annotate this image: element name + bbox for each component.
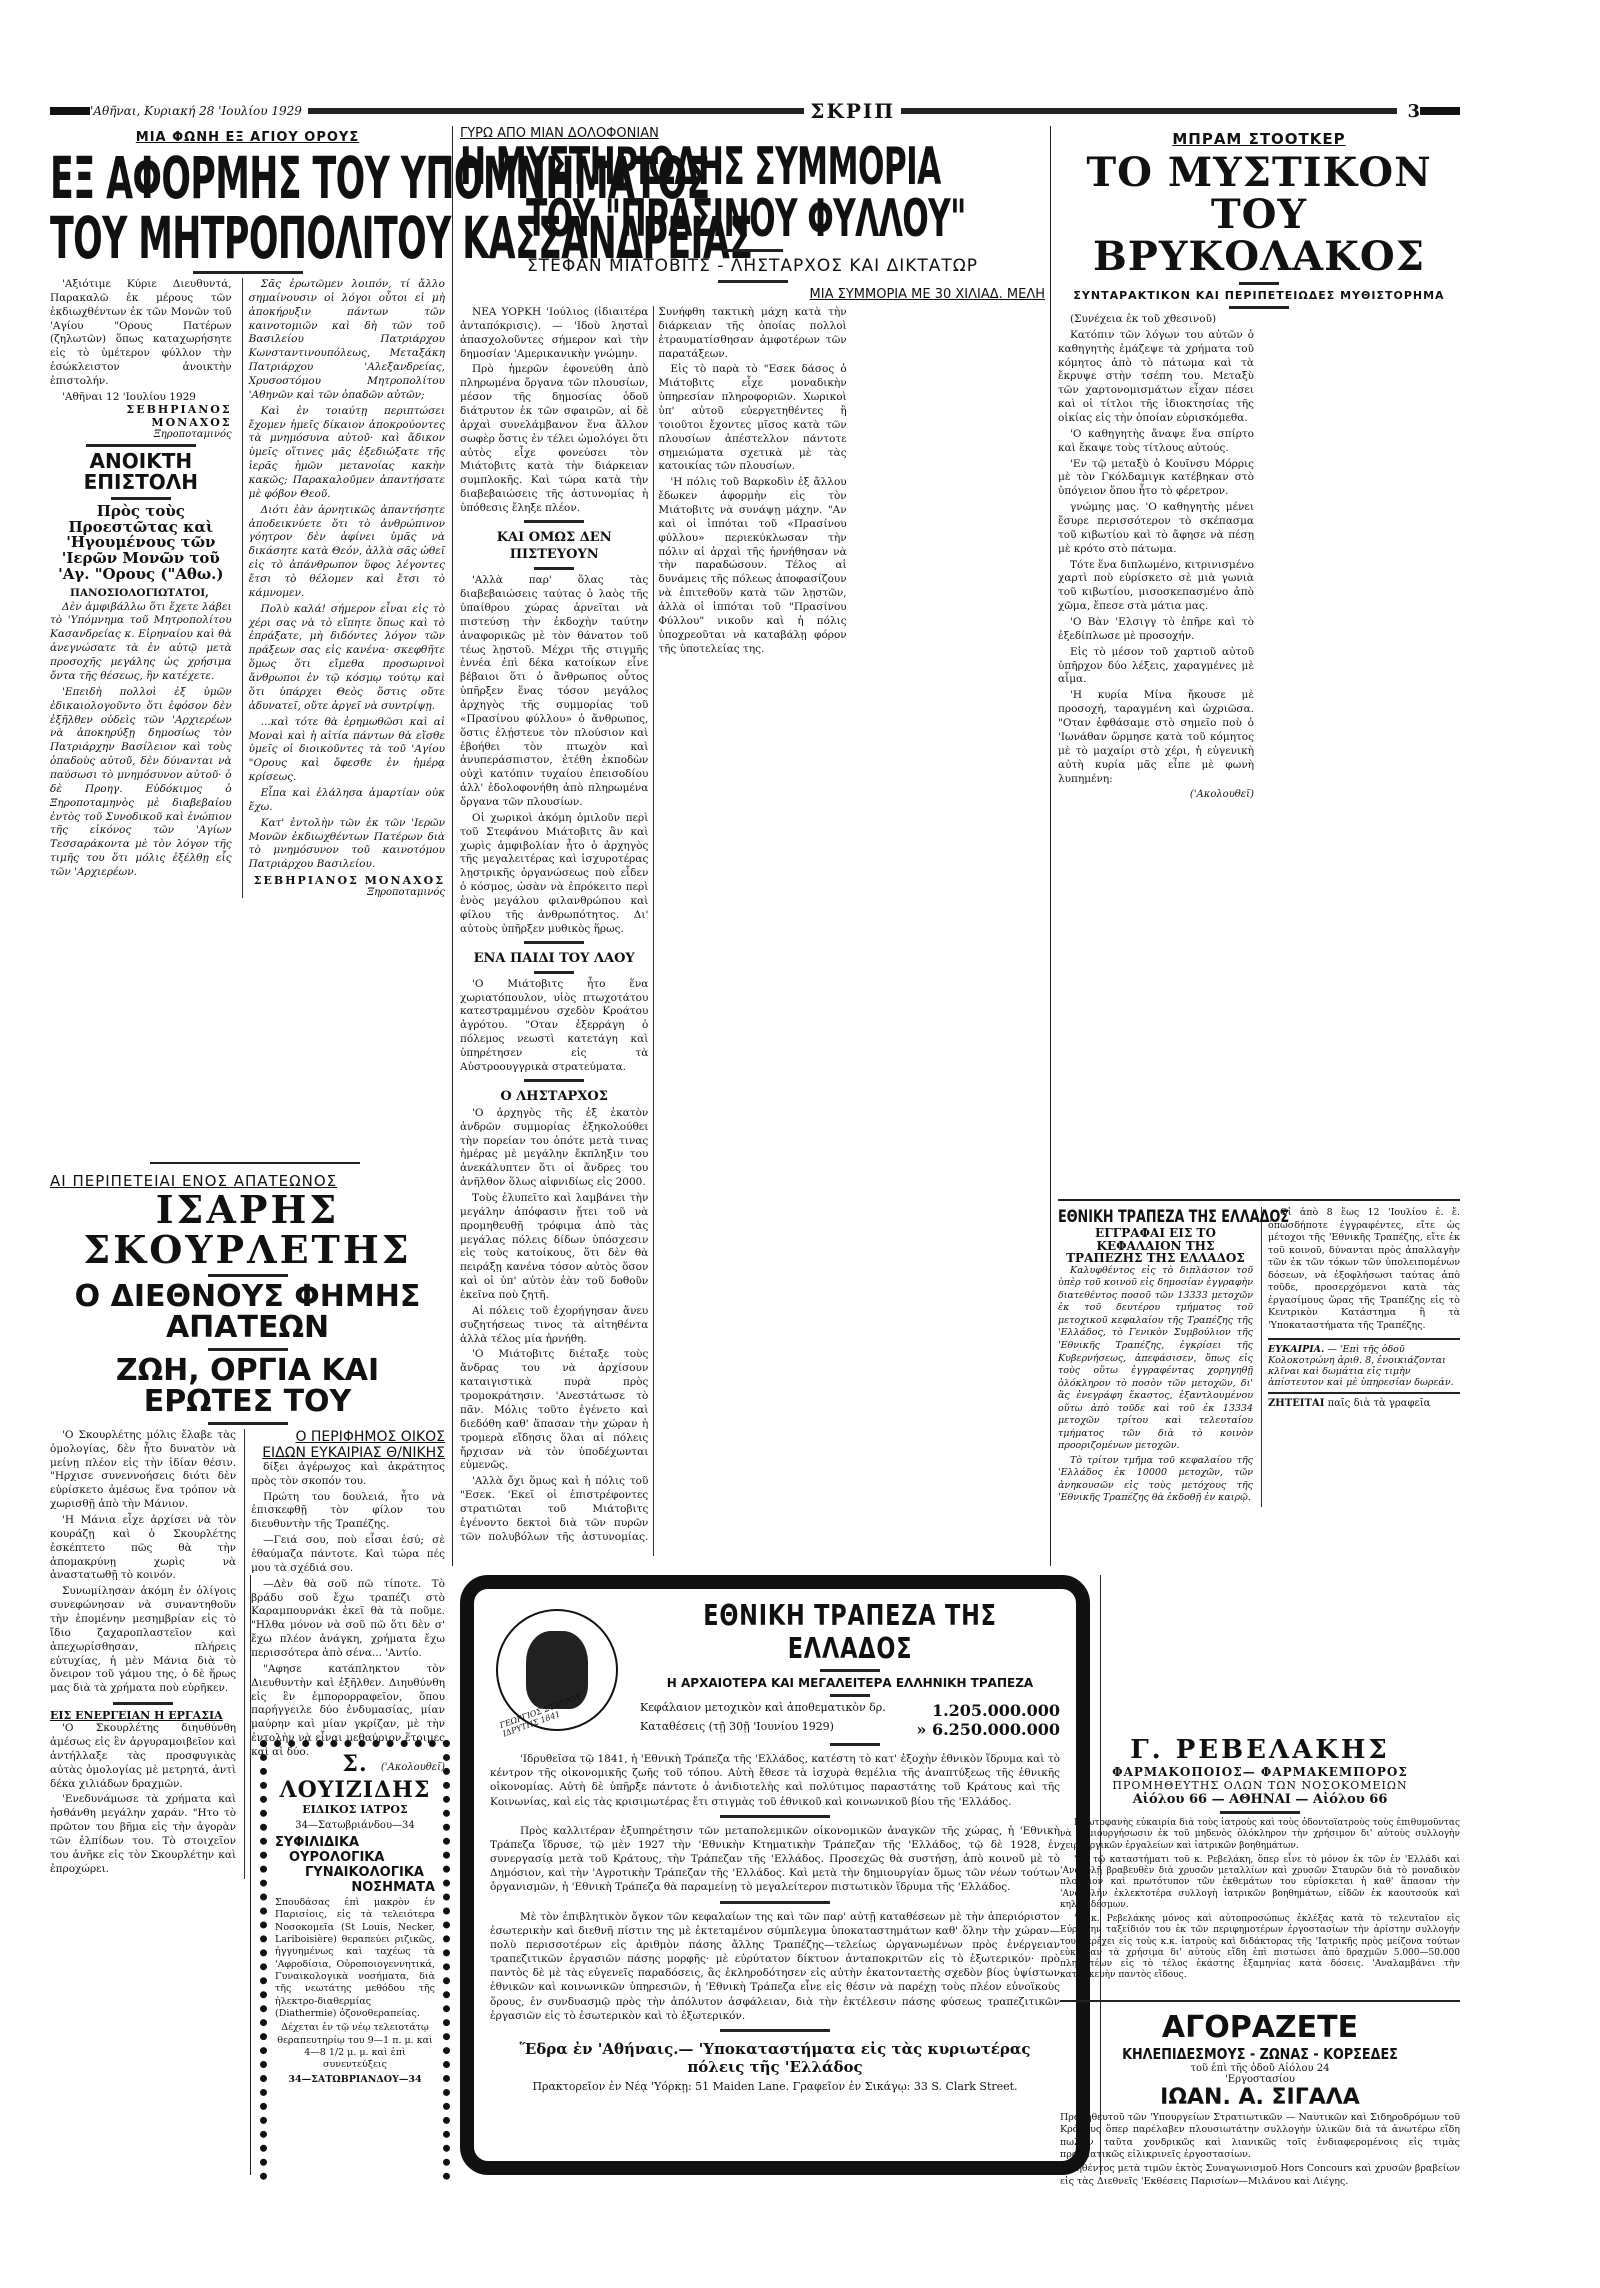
masthead-rule xyxy=(308,108,804,114)
ad-products: ΚΗΛΕΠΙΔΕΣΜΟΥΣ - ΖΩΝΑΣ - ΚΟΡΣΕΔΕΣ xyxy=(1090,2045,1430,2063)
rule xyxy=(720,1901,830,1904)
national-bank-ad: ΓΕΩΡΓΙΟΣ ΣΤΑΥΡΟΥ ΙΔΡΥΤΗΣ 1841 ΕΘΝΙΚΗ ΤΡΑ… xyxy=(460,1575,1090,2175)
salutation: ΠΑΝΟΣΙΟΛΟΓΙΩΤΑΤΟΙ, xyxy=(70,587,232,599)
rule xyxy=(1220,1811,1300,1814)
column-divider xyxy=(1050,126,1051,1566)
rule xyxy=(113,1702,173,1705)
headline: ΖΩΗ, ΟΡΓΙΑ ΚΑΙ ΕΡΩΤΕΣ ΤΟΥ xyxy=(50,1355,445,1418)
masthead-rule-right xyxy=(1420,107,1460,115)
subhead: ΚΑΙ ΟΜΩΣ ΔΕΝ ΠΙΣΤΕΥΟΥΝ xyxy=(460,529,648,563)
issue-date: 'Αθῆναι, Κυριακή 28 'Ιουλίου 1929 xyxy=(90,104,302,118)
doctor-role: ΕΙΔΙΚΟΣ ΙΑΤΡΟΣ xyxy=(275,1803,435,1816)
rule xyxy=(86,444,196,447)
open-letter-body-b: Σᾶς ἐρωτῶμεν λοιπόν, τί ἄλλο σημαίνουσιν… xyxy=(249,278,445,874)
kicker: ΜΠΡΑΜ ΣΤΟΟΤΚΕΡ xyxy=(1058,130,1460,148)
notice-title: ΕΘΝΙΚΗ ΤΡΑΠΕΖΑ ΤΗΣ ΕΛΛΑΔΟΣ xyxy=(1058,1207,1204,1227)
headline: ΤΟΥ "ΠΡΑΣΙΝΟΥ ΦΥΛΛΟΥ" xyxy=(460,193,1114,245)
section-metropolitan-memo: ΜΙΑ ΦΩΝΗ ΕΞ ΑΓΙΟΥ ΟΡΟΥΣ ΕΞ ΑΦΟΡΜΗΣ ΤΟΥ Υ… xyxy=(50,126,445,898)
signature: ΣΕΒΗΡΙΑΝΟΣ ΜΟΝΑΧΟΣ xyxy=(249,874,445,887)
bank-offices: Πρακτορεῖον ἐν Νέᾳ 'Υόρκῃ: 51 Maiden Lan… xyxy=(490,2080,1060,2093)
rule xyxy=(524,520,584,523)
signature-place: Ξηροποταμινός xyxy=(249,887,445,898)
classified-ad: ΕΥΚΑΙΡΙΑ. — 'Επὶ τῆς ὁδοῦ Κολοκοτρώνη ἀρ… xyxy=(1268,1344,1460,1388)
story-body: 'Ο Σκουρλέτης μόλις ἔλαβε τὰς ὁμολογίας,… xyxy=(50,1429,236,1698)
doctor-name: Σ. ΛΟΥΙΖΙΔΗΣ xyxy=(275,1751,435,1803)
headline: ΤΟΥ ΒΡΥΚΟΛΑΚΟΣ xyxy=(1058,194,1460,278)
signature: ΣΕΒΗΡΙΑΝΟΣ ΜΟΝΑΧΟΣ xyxy=(50,403,232,429)
specialty: ΟΥΡΟΛΟΓΙΚΑ xyxy=(275,1850,435,1865)
headline: ΤΟ ΜΥΣΤΙΚΟΝ xyxy=(1058,152,1460,194)
kicker: ΜΙΑ ΦΩΝΗ ΕΞ ΑΓΙΟΥ ΟΡΟΥΣ xyxy=(50,130,445,145)
column-divider xyxy=(452,126,453,1566)
headline: Ο ΔΙΕΘΝΟΥΣ ΦΗΜΗΣ ΑΠΑΤΕΩΝ xyxy=(50,1281,445,1344)
story-body: ΝΕΑ ΥΟΡΚΗ 'Ιούλιος (ἰδιαιτέρα ἀνταπόκρισ… xyxy=(460,306,1045,1556)
classified-ad: ΖΗΤΕΙΤΑΙ παῖς διὰ τὰ γραφεῖα xyxy=(1268,1398,1460,1409)
specialty: ΣΥΦΙΛΙΔΙΚΑ xyxy=(275,1835,435,1850)
newspaper-page: 'Αθῆναι, Κυριακή 28 'Ιουλίου 1929 ΣΚΡΙΠ … xyxy=(50,100,1460,2180)
rule xyxy=(524,941,584,944)
open-letter-title: ΑΝΟΙΚΤΗ ΕΠΙΣΤΟΛΗ xyxy=(50,451,232,493)
open-letter-subtitle: Πρὸς τοὺς Προεστῶτας καὶ 'Ηγουμένους τῶν… xyxy=(50,504,232,583)
ad-factory: 'Εργοστασίου xyxy=(1060,2074,1460,2085)
rule xyxy=(534,567,574,570)
page-number: 3 xyxy=(1407,101,1420,122)
subhead: ΕΝΑ ΠΑΙΔΙ ΤΟΥ ΛΑΟΥ xyxy=(460,950,648,967)
corset-ad: ΑΓΟΡΑΖΕΤΕ ΚΗΛΕΠΙΔΕΣΜΟΥΣ - ΖΩΝΑΣ - ΚΟΡΣΕΔ… xyxy=(1060,2010,1460,2190)
rule xyxy=(208,1274,288,1277)
pharmacist-supplier: ΠΡΟΜΗΘΕΥΤΗΣ ΟΛΩΝ ΤΩΝ ΝΟΣΟΚΟΜΕΙΩΝ xyxy=(1060,1779,1460,1792)
subtitle: ΣΥΝΤΑΡΑΚΤΙΚΟΝ ΚΑΙ ΠΕΡΙΠΕΤΕΙΩΔΕΣ ΜΥΘΙΣΤΟΡ… xyxy=(1058,289,1460,302)
notice-subtitle: ΕΓΓΡΑΦΑΙ ΕΙΣ ΤΟ ΚΕΦΑΛΑΙΟΝ ΤΗΣ ΤΡΑΠΕΖΗΣ Τ… xyxy=(1058,1227,1253,1265)
serial-body: (Συνέχεια ἐκ τοῦ χθεσινοῦ) Κατόπιν τῶν λ… xyxy=(1058,313,1460,1193)
bank-title: ΕΘΝΙΚΗ ΤΡΑΠΕΖΑ ΤΗΣ ΕΛΛΑΔΟΣ xyxy=(682,1599,1018,1665)
bank-tagline: Η ΑΡΧΑΙΟΤΕΡΑ ΚΑΙ ΜΕΓΑΛΕΙΤΕΡΑ ΕΛΛΗΝΙΚΗ ΤΡ… xyxy=(640,1676,1060,1690)
rule xyxy=(534,971,574,974)
doctor-address: 34—Σατωβριάνδου—34 xyxy=(275,1820,435,1831)
rule xyxy=(1060,2000,1460,2002)
subhead: Ο ΠΕΡΙΦΗΜΟΣ ΟΙΚΟΣ ΕΙΔΩΝ ΕΥΚΑΙΡΙΑΣ Θ/ΝΙΚΗ… xyxy=(251,1429,445,1461)
specialty: ΓΥΝΑΙΚΟΛΟΓΙΚΑ xyxy=(275,1865,435,1880)
headline: ΕΞ ΑΦΟΡΜΗΣ ΤΟΥ ΥΠΟΜΝΗΜΑΤΟΣ xyxy=(50,149,446,207)
rule xyxy=(1229,306,1289,309)
masthead-rule-left xyxy=(50,107,90,115)
pharmacist-trade: ΦΑΡΜΑΚΟΠΟΙΟΣ— ΦΑΡΜΑΚΕΜΠΟΡΟΣ xyxy=(1060,1765,1460,1779)
bank-notice: ΕΘΝΙΚΗ ΤΡΑΠΕΖΑ ΤΗΣ ΕΛΛΑΔΟΣ ΕΓΓΡΑΦΑΙ ΕΙΣ … xyxy=(1058,1207,1253,1507)
ad-owner: ΙΩΑΝ. Α. ΣΙΓΑΛΑ xyxy=(1060,2085,1460,2110)
rule xyxy=(723,249,783,252)
rule xyxy=(720,2029,830,2032)
headline: Η ΜΥΣΤΗΡΙΩΔΗΣ ΣΥΜΜΟΡΙΑ xyxy=(460,141,1048,193)
headline: ΙΣΑΡΗΣ ΣΚΟΥΡΛΕΤΗΣ xyxy=(50,1190,445,1270)
rule xyxy=(830,1743,880,1746)
rule xyxy=(524,1079,584,1082)
ad-headline: ΑΓΟΡΑΖΕΤΕ xyxy=(1060,2010,1460,2045)
rule xyxy=(111,497,171,500)
doctor-ad: Σ. ΛΟΥΙΖΙΔΗΣ ΕΙΔΙΚΟΣ ΙΑΤΡΟΣ 34—Σατωβριάν… xyxy=(260,1740,450,2180)
open-letter-body-a: Δὲν ἀμφιβάλλω ὅτι ἔχετε λάβει τὸ 'Υπόμνη… xyxy=(50,601,232,882)
bank-seat: Ἕδρα ἐν 'Αθήναις.— 'Υποκαταστήματα εἰς τ… xyxy=(490,2040,1060,2076)
section-green-leaf: ΓΥΡΩ ΑΠΟ ΜΙΑΝ ΔΟΛΟΦΟΝΙΑΝ Η ΜΥΣΤΗΡΙΩΔΗΣ Σ… xyxy=(460,126,1045,1556)
deposits-figure: Καταθέσεις (τῇ 30ῇ 'Ιουνίου 1929) » 6.25… xyxy=(640,1720,1060,1739)
story-body: δίξει ἀγέρωχος καὶ ἀκράτητος πρὸς τὸν σκ… xyxy=(251,1461,445,1762)
rule xyxy=(720,1815,830,1818)
section-vampire-serial: ΜΠΡΑΜ ΣΤΟΟΤΚΕΡ ΤΟ ΜΥΣΤΙΚΟΝ ΤΟΥ ΒΡΥΚΟΛΑΚΟ… xyxy=(1058,126,1460,1507)
masthead: 'Αθῆναι, Κυριακή 28 'Ιουλίου 1929 ΣΚΡΙΠ … xyxy=(50,100,1460,122)
rule xyxy=(208,1348,288,1351)
rule xyxy=(1239,282,1279,285)
deck: ΜΙΑ ΣΥΜΜΟΡΙΑ ΜΕ 30 ΧΙΛΙΑΔ. ΜΕΛΗ xyxy=(460,287,1045,302)
letter-intro: 'Αξιότιμε Κύριε Διευθυντά, Παρακαλῶ ἐκ μ… xyxy=(50,278,232,391)
rule xyxy=(820,1669,880,1672)
rule xyxy=(830,1694,870,1697)
subtitle: ΣΤΕΦΑΝ ΜΙΑΤΟΒΙΤΣ - ΛΗΣΤΑΡΧΟΣ ΚΑΙ ΔΙΚΤΑΤΩ… xyxy=(460,256,1045,276)
masthead-rule xyxy=(901,108,1397,114)
founder-medallion: ΓΕΩΡΓΙΟΣ ΣΤΑΥΡΟΥ ΙΔΡΥΤΗΣ 1841 xyxy=(496,1609,618,1731)
story-body: 'Ο Σκουρλέτης διηυθύνθη ἀμέσως εἰς ἓν ἀρ… xyxy=(50,1722,236,1878)
pharmacy-ad: Γ. ΡΕΒΕΛΑΚΗΣ ΦΑΡΜΑΚΟΠΟΙΟΣ— ΦΑΡΜΑΚΕΜΠΟΡΟΣ… xyxy=(1060,1735,1460,1985)
pharmacist-name: Γ. ΡΕΒΕΛΑΚΗΣ xyxy=(1060,1735,1460,1765)
rule xyxy=(718,280,788,283)
section-subhead: ΕΙΣ ΕΝΕΡΓΕΙΑΝ Η ΕΡΓΑΣΙΑ xyxy=(50,1709,236,1722)
continued-note: ('Ακολουθεῖ) xyxy=(1058,788,1254,801)
rule xyxy=(208,1422,288,1425)
pharmacist-address: Αἰόλου 66 — ΑΘΗΝΑΙ — Αἰόλου 66 xyxy=(1060,1792,1460,1807)
ad-location: τοῦ ἐπὶ τῆς ὁδοῦ Αἰόλου 24 xyxy=(1060,2063,1460,2074)
subhead: Ο ΛΗΣΤΑΡΧΟΣ xyxy=(460,1088,648,1105)
rule xyxy=(1058,1199,1460,1201)
rule xyxy=(150,1162,360,1164)
paper-title: ΣΚΡΙΠ xyxy=(810,99,895,123)
letter-date: 'Αθῆναι 12 'Ιουλίου 1929 xyxy=(50,391,232,403)
signature-place: Ξηροποταμινός xyxy=(50,429,232,440)
headline: ΤΟΥ ΜΗΤΡΟΠΟΛΙΤΟΥ ΚΑΣΣΑΝΔΡΕΙΑΣ xyxy=(50,209,446,267)
capital-figure: Κεφάλαιον μετοχικὸν καὶ ἀποθεματικὸν δρ.… xyxy=(640,1701,1060,1720)
specialty: ΝΟΣΗΜΑΤΑ xyxy=(275,1880,435,1895)
